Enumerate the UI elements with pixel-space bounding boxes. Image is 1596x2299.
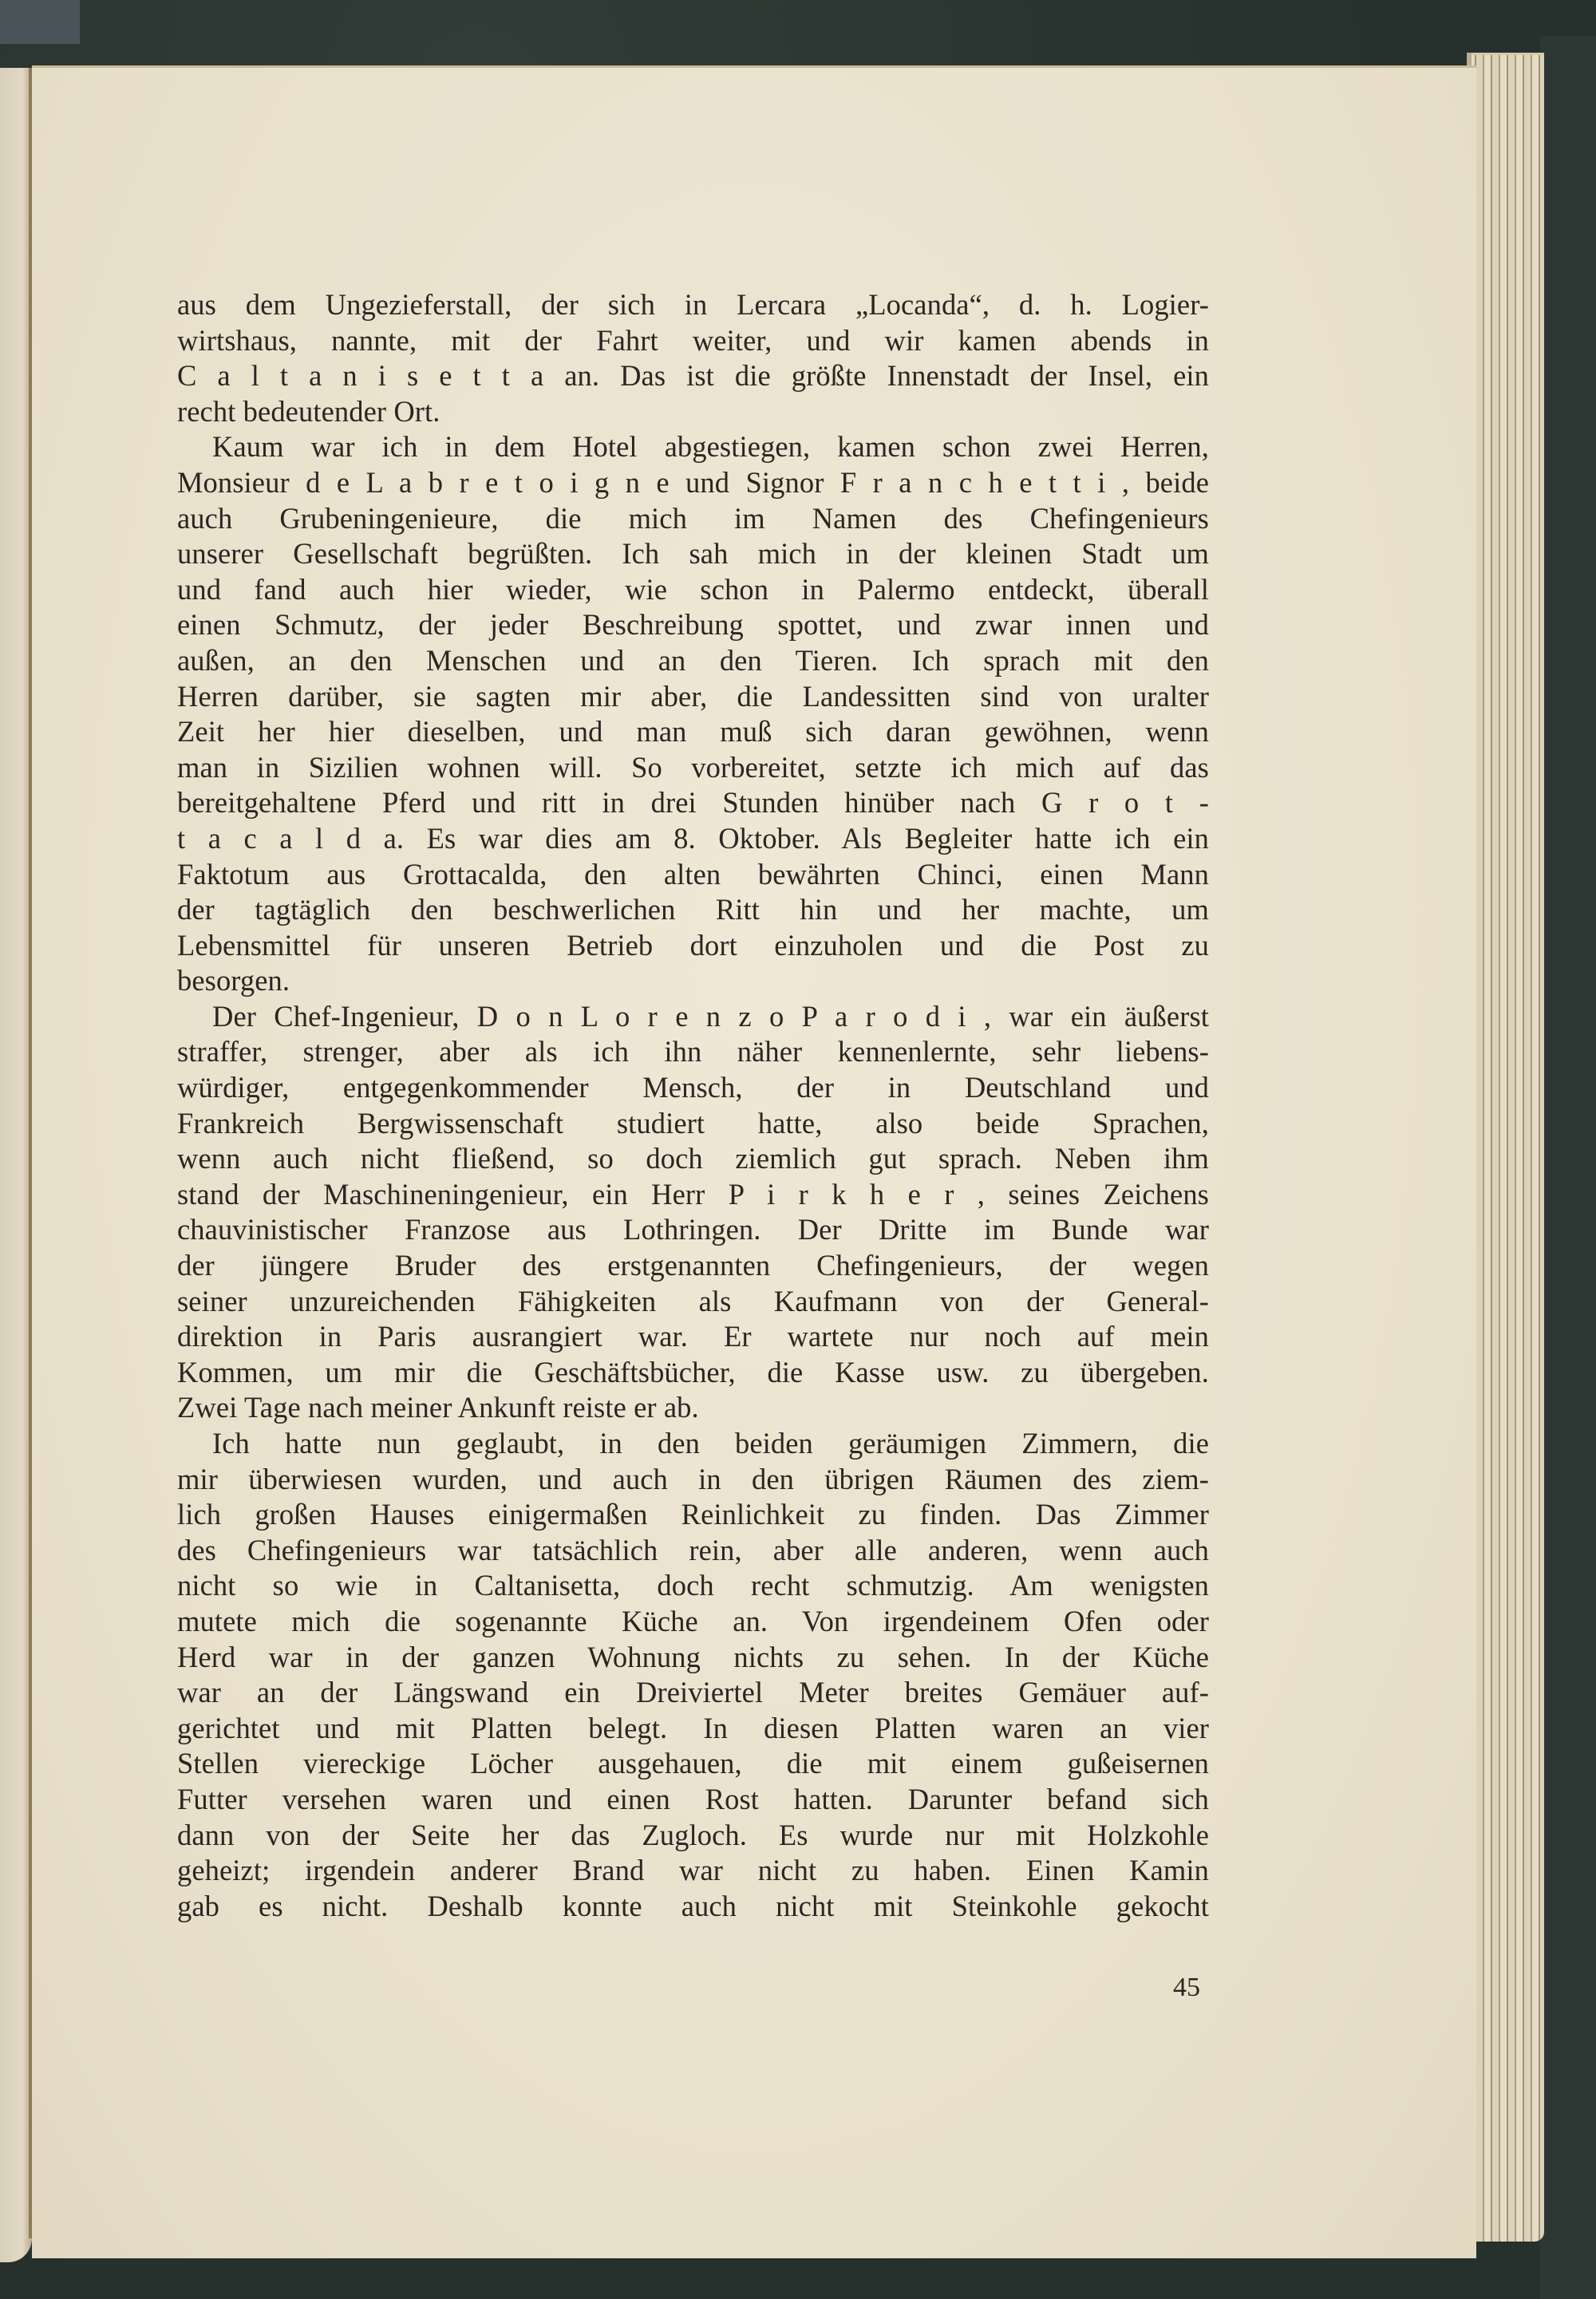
text-line: würdiger, entgegenkommender Mensch, der … [177, 1070, 1209, 1106]
page-gutter [29, 68, 32, 2238]
text-line: Frankreich Bergwissenschaft studiert hat… [177, 1106, 1209, 1142]
text-line: C a l t a n i s e t t a an. Das ist die … [177, 358, 1209, 394]
text-line: recht bedeutender Ort. [177, 394, 1209, 430]
text-line: dann von der Seite her das Zugloch. Es w… [177, 1818, 1209, 1854]
text-line: wirtshaus, nannte, mit der Fahrt weiter,… [177, 323, 1209, 359]
text-line: Kaum war ich in dem Hotel abgestiegen, k… [177, 429, 1209, 465]
text-line: seiner unzureichenden Fähigkeiten als Ka… [177, 1284, 1209, 1320]
text-line: war an der Längswand ein Dreiviertel Met… [177, 1675, 1209, 1711]
text-line: direktion in Paris ausrangiert war. Er w… [177, 1319, 1209, 1355]
text-line: man in Sizilien wohnen will. So vorberei… [177, 750, 1209, 786]
text-line: Lebensmittel für unseren Betrieb dort ei… [177, 928, 1209, 964]
text-line: chauvinistischer Franzose aus Lothringen… [177, 1212, 1209, 1248]
text-line: nicht so wie in Caltanisetta, doch recht… [177, 1568, 1209, 1604]
text-line: und fand auch hier wieder, wie schon in … [177, 572, 1209, 608]
text-line: Stellen viereckige Löcher ausgehauen, di… [177, 1746, 1209, 1782]
text-line: lich großen Hauses einigermaßen Reinlich… [177, 1497, 1209, 1533]
text-line: gab es nicht. Deshalb konnte auch nicht … [177, 1889, 1209, 1925]
text-line: Ich hatte nun geglaubt, in den beiden ge… [177, 1426, 1209, 1462]
text-line: Futter versehen waren und einen Rost hat… [177, 1782, 1209, 1818]
page-number: 45 [1173, 1973, 1200, 2003]
text-line: aus dem Ungezieferstall, der sich in Ler… [177, 287, 1209, 323]
text-line: Herren darüber, sie sagten mir aber, die… [177, 679, 1209, 715]
text-line: besorgen. [177, 963, 1209, 999]
left-page-sliver [0, 68, 32, 2262]
text-line: gerichtet und mit Platten belegt. In die… [177, 1711, 1209, 1747]
cover-corner [0, 0, 80, 44]
text-line: Faktotum aus Grottacalda, den alten bewä… [177, 857, 1209, 893]
text-line: Zeit her hier dieselben, und man muß sic… [177, 714, 1209, 750]
text-line: mir überwiesen wurden, und auch in den ü… [177, 1462, 1209, 1498]
page-edges-stack [1468, 53, 1544, 2242]
text-line: wenn auch nicht fließend, so doch ziemli… [177, 1141, 1209, 1177]
text-line: unserer Gesellschaft begrüßten. Ich sah … [177, 536, 1209, 572]
body-text: aus dem Ungezieferstall, der sich in Ler… [177, 287, 1209, 1924]
text-line: der jüngere Bruder des erstgenannten Che… [177, 1248, 1209, 1284]
text-line: stand der Maschineningenieur, ein Herr P… [177, 1177, 1209, 1213]
text-line: bereitgehaltene Pferd und ritt in drei S… [177, 785, 1209, 821]
text-line: auch Grubeningenieure, die mich im Namen… [177, 501, 1209, 537]
text-line: außen, an den Menschen und an den Tieren… [177, 643, 1209, 679]
text-line: geheizt; irgendein anderer Brand war nic… [177, 1853, 1209, 1889]
text-line: einen Schmutz, der jeder Beschreibung sp… [177, 607, 1209, 643]
cover-edge [1540, 36, 1596, 2299]
text-line: t a c a l d a. Es war dies am 8. Oktober… [177, 821, 1209, 857]
text-line: Der Chef-Ingenieur, D o n L o r e n z o … [177, 999, 1209, 1035]
text-line: Kommen, um mir die Geschäftsbücher, die … [177, 1355, 1209, 1391]
text-line: der tagtäglich den beschwerlichen Ritt h… [177, 892, 1209, 928]
text-line: des Chefingenieurs war tatsächlich rein,… [177, 1533, 1209, 1569]
text-line: Herd war in der ganzen Wohnung nichts zu… [177, 1640, 1209, 1676]
text-line: straffer, strenger, aber als ich ihn näh… [177, 1034, 1209, 1070]
text-line: Monsieur d e L a b r e t o i g n e und S… [177, 465, 1209, 501]
text-line: Zwei Tage nach meiner Ankunft reiste er … [177, 1390, 1209, 1426]
text-line: mutete mich die sogenannte Küche an. Von… [177, 1604, 1209, 1640]
